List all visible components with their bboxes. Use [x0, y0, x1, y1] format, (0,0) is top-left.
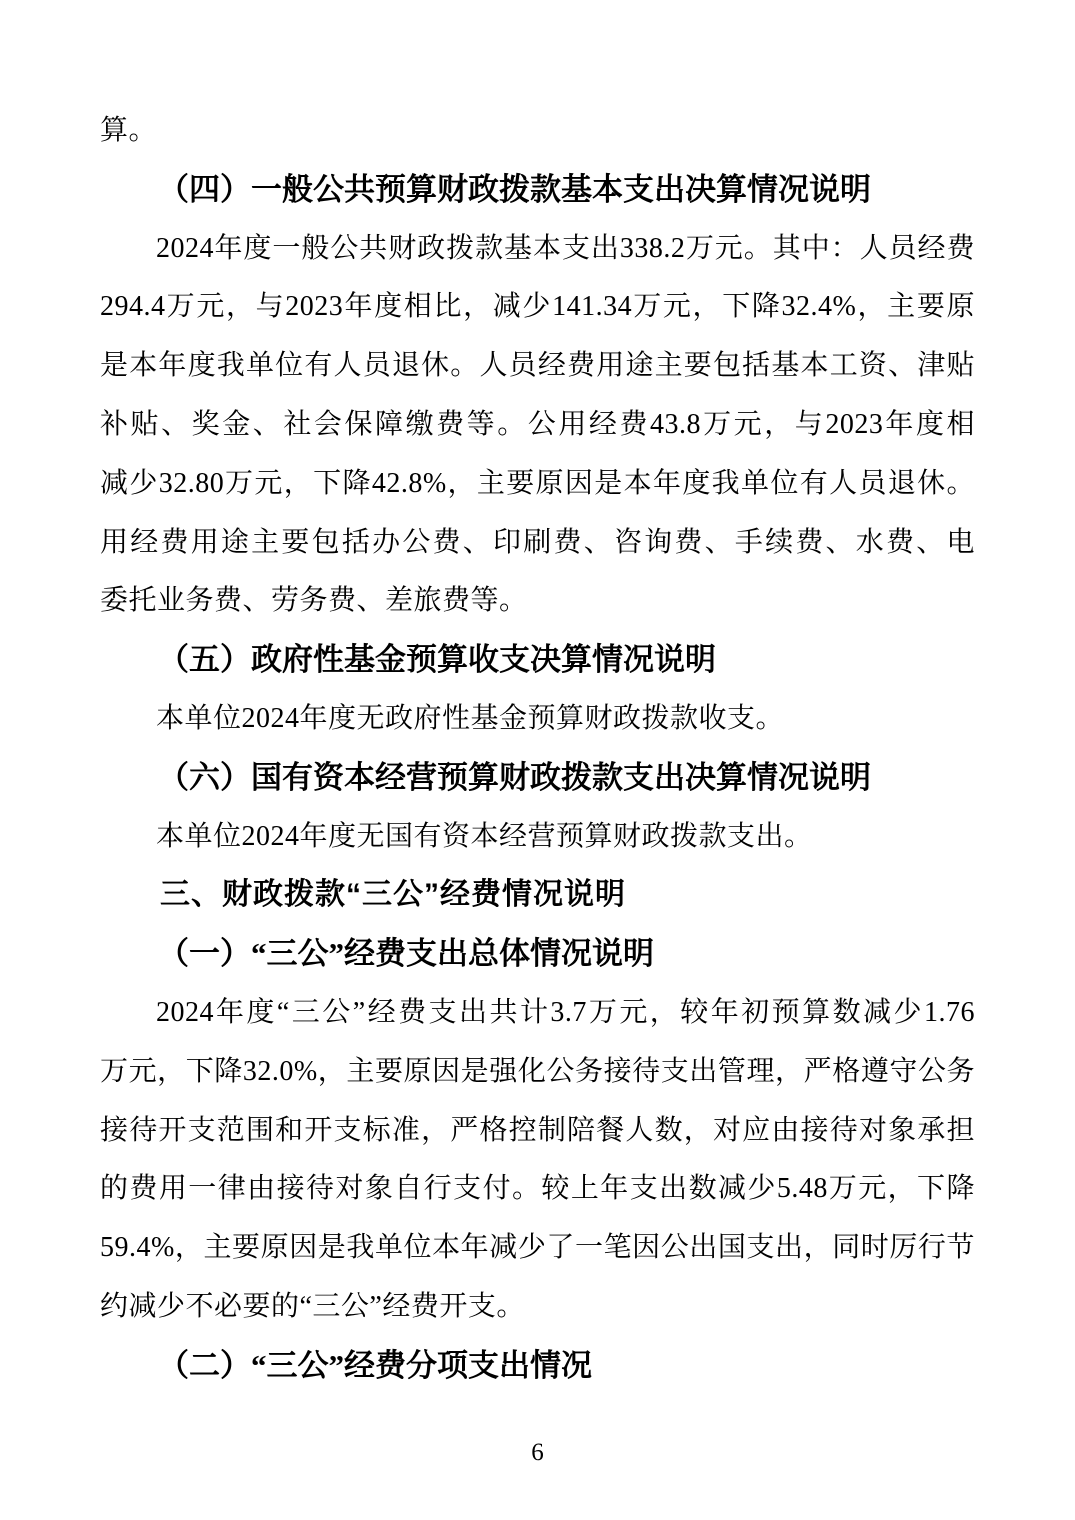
- paragraph-line: 本单位2024年度无政府性基金预算财政拨款收支。: [100, 690, 975, 749]
- section-heading-6: （六）国有资本经营预算财政拨款支出决算情况说明: [100, 749, 975, 808]
- document-body: 算。 （四）一般公共预算财政拨款基本支出决算情况说明 2024年度一般公共财政拨…: [100, 102, 975, 1396]
- paragraph-last-line: 委托业务费、劳务费、差旅费等。: [100, 572, 975, 631]
- paragraph-last-line: 约减少不必要的“三公”经费开支。: [100, 1278, 975, 1337]
- chapter-heading-3: 三、财政拨款“三公”经费情况说明: [100, 866, 975, 925]
- paragraph-line: 2024年度“三公”经费支出共计3.7万元，较年初预算数减少1.76: [100, 984, 975, 1043]
- paragraph-line: 接待开支范围和开支标准，严格控制陪餐人数，对应由接待对象承担: [100, 1102, 975, 1161]
- section-heading-4: （四）一般公共预算财政拨款基本支出决算情况说明: [100, 161, 975, 220]
- document-page: 算。 （四）一般公共预算财政拨款基本支出决算情况说明 2024年度一般公共财政拨…: [0, 0, 1075, 1520]
- paragraph-line: 294.4万元，与2023年度相比，减少141.34万元，下降32.4%，主要原…: [100, 278, 975, 337]
- paragraph-line: 59.4%，主要原因是我单位本年减少了一笔因公出国支出，同时厉行节: [100, 1219, 975, 1278]
- paragraph-continuation-line: 算。: [100, 102, 975, 161]
- subsection-heading-2: （二）“三公”经费分项支出情况: [100, 1337, 975, 1396]
- paragraph-line: 2024年度一般公共财政拨款基本支出338.2万元。其中：人员经费: [100, 220, 975, 279]
- paragraph-line: 补贴、奖金、社会保障缴费等。公用经费43.8万元，与2023年度相比，: [100, 396, 975, 455]
- subsection-heading-1: （一）“三公”经费支出总体情况说明: [100, 925, 975, 984]
- paragraph-line: 万元，下降32.0%，主要原因是强化公务接待支出管理，严格遵守公务: [100, 1043, 975, 1102]
- section-heading-5: （五）政府性基金预算收支决算情况说明: [100, 631, 975, 690]
- paragraph-line: 本单位2024年度无国有资本经营预算财政拨款支出。: [100, 808, 975, 867]
- page-number: 6: [0, 1436, 1075, 1470]
- paragraph-line: 是本年度我单位有人员退休。人员经费用途主要包括基本工资、津贴: [100, 337, 975, 396]
- paragraph-line: 的费用一律由接待对象自行支付。较上年支出数减少5.48万元，下降: [100, 1160, 975, 1219]
- paragraph-line: 用经费用途主要包括办公费、印刷费、咨询费、手续费、水费、电费、: [100, 514, 975, 573]
- paragraph-line: 减少32.80万元，下降42.8%，主要原因是本年度我单位有人员退休。公: [100, 455, 975, 514]
